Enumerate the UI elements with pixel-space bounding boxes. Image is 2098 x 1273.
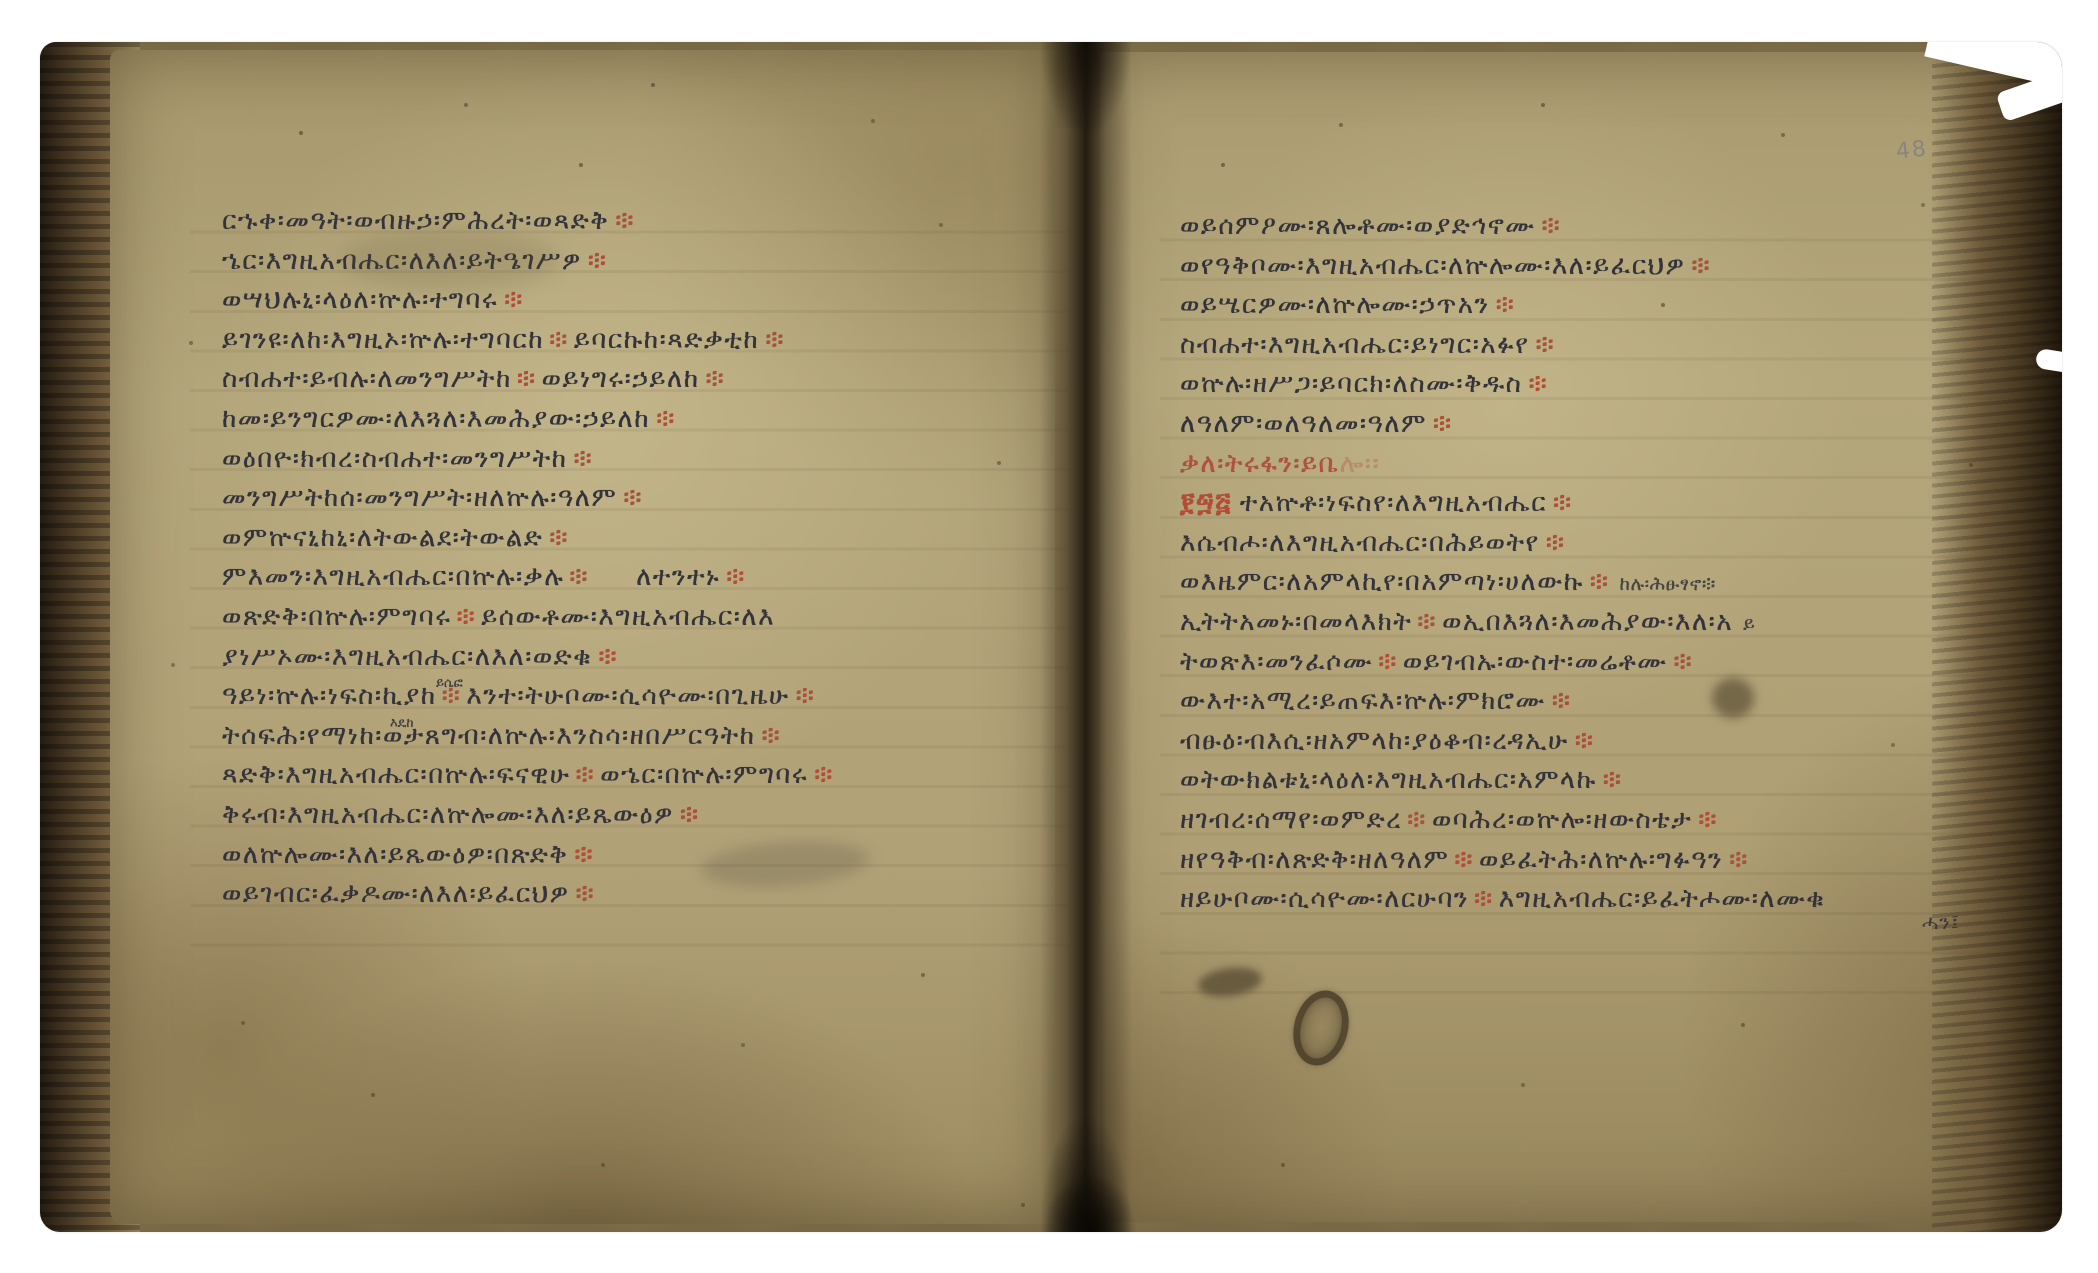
line-text: ወሣህሉኒ፡ላዕለ፡ኵሉ፡ተግባሩ <box>222 285 498 315</box>
red-end-mark: ፨ <box>1553 488 1573 518</box>
text-line: ወምኵናኒከኒ፡ለትውልደ፡ትውልድ፨ <box>222 519 1092 559</box>
line-text: ወለኵሎሙ፡እለ፡ይጼውዕዎ፡በጽድቅ <box>222 840 568 870</box>
text-line: ወትውክልቱኒ፡ላዕለ፡እግዚአብሔር፡አምላኩ፨ <box>1180 761 2020 801</box>
red-end-mark: ፨ <box>1496 290 1516 320</box>
line-text: ወይፈትሕ፡ለኵሉ፡ግፉዓን <box>1479 845 1723 875</box>
text-line: ወይሤርዎሙ፡ለኵሎሙ፡ኃጥአን፨ <box>1180 286 2020 326</box>
text-line: ወእዜምር፡ለአምላኪየ፡በአምጣነ፡ሀለውኩ፨ከሉ፡ሕፁፃኖ፨ <box>1180 563 2020 603</box>
line-text: ዘገብረ፡ሰማየ፡ወምድረ <box>1180 805 1402 835</box>
text-line: ዓይነ፡ኵሉ፡ነፍስ፡ኪያከ፨እንተ፡ትሁቦሙ፡ሲሳዮሙ፡በጊዜሁ፨ይሴፎ <box>222 677 1092 717</box>
catchword: ሓን፤ <box>1830 910 1960 934</box>
line-text: እግዚአብሔር፡ይፈትሖሙ፡ለሙቁ <box>1499 884 1826 914</box>
text-line: ወሣህሉኒ፡ላዕለ፡ኵሉ፡ተግባሩ፨ <box>222 281 1092 321</box>
text-line: ወኵሉ፡ዘሥጋ፡ይባርክ፡ለስሙ፡ቅዱስ፨ <box>1180 365 2020 405</box>
red-end-mark: ፨ <box>1674 647 1694 677</box>
line-text: ስብሐተ፡እግዚአብሔር፡ይነግር፡አፉየ <box>1180 330 1529 360</box>
line-text: ወኢበእጓለ፡እመሕያው፡እለ፡አ <box>1442 607 1733 637</box>
red-divider-mark: ፨ <box>569 562 589 592</box>
text-line: ጻድቅ፡እግዚአብሔር፡በኵሉ፡ፍናዊሁ፨ወኄር፡በኵሉ፡ምግባሩ፨ <box>222 756 1092 796</box>
red-end-mark: ፨ <box>1552 686 1572 716</box>
marginal-small-text: ይ <box>1743 613 1755 635</box>
text-line: መንግሥትከሰ፡መንግሥት፡ዘለኵሉ፡ዓለም፨ <box>222 479 1092 519</box>
red-divider-mark: ፨ <box>549 325 569 355</box>
red-divider-mark: ፨ <box>1378 647 1398 677</box>
line-text: ስብሐተ፡ይብሉ፡ለመንግሥትከ <box>222 364 512 394</box>
red-end-mark: ፨ <box>1590 567 1610 597</box>
text-line: ከመ፡ይንግርዎሙ፡ለእጓለ፡እመሕያው፡ኃይለከ፨ <box>222 400 1092 440</box>
line-text: ትሰፍሕ፡የማነከ፡ወታጸግብ፡ለኵሉ፡እንስሳ፡ዘበሥርዓትከ <box>222 721 755 751</box>
line-text: ጻድቅ፡እግዚአብሔር፡በኵሉ፡ፍናዊሁ <box>222 760 570 790</box>
line-text: ወጽድቅ፡በኵሉ፡ምግባሩ <box>222 602 452 632</box>
red-end-mark: ፨ <box>573 444 593 474</box>
right-page-text: ወይሰምዖሙ፡ጸሎቶሙ፡ወያድኅኖሙ፨ወየዓቅቦሙ፡እግዚአብሔር፡ለኵሎሙ፡እ… <box>1180 207 2020 920</box>
text-line: ዘየዓቅብ፡ለጽድቅ፡ዘለዓለም፨ወይፈትሕ፡ለኵሉ፡ግፉዓን፨ <box>1180 841 2020 881</box>
line-text: ተአኵቶ፡ነፍስየ፡ለእግዚአብሔር <box>1240 488 1547 518</box>
line-text: ወትውክልቱኒ፡ላዕለ፡እግዚአብሔር፡አምላኩ <box>1180 765 1597 795</box>
red-end-mark: ፨ <box>1575 726 1595 756</box>
text-line: ወይገብር፡ፈቃዶሙ፡ለእለ፡ይፈርህዎ፨ <box>222 875 1092 915</box>
line-text: ቅሩብ፡እግዚአብሔር፡ለኵሎሙ፡እለ፡ይጼውዕዎ <box>222 800 674 830</box>
text-line: ስብሐተ፡እግዚአብሔር፡ይነግር፡አፉየ፨ <box>1180 326 2020 366</box>
red-divider-mark: ፨ <box>1454 845 1474 875</box>
line-text: ያነሥኦሙ፡እግዚአብሔር፡ለእለ፡ወድቁ <box>222 642 592 672</box>
red-end-mark: ፨ <box>598 642 618 672</box>
text-line: ፻፵፭ተአኵቶ፡ነፍስየ፡ለእግዚአብሔር፨ <box>1180 484 2020 524</box>
line-text: ወይሤርዎሙ፡ለኵሎሙ፡ኃጥአን <box>1180 290 1490 320</box>
line-text: ወኵሉ፡ዘሥጋ፡ይባርክ፡ለስሙ፡ቅዱስ <box>1180 369 1522 399</box>
text-line: ምእመን፡እግዚአብሔር፡በኵሉ፡ቃሉ፨ ለተንተኑ፨ <box>222 558 1092 598</box>
text-line: ቅሩብ፡እግዚአብሔር፡ለኵሎሙ፡እለ፡ይጼውዕዎ፨ <box>222 796 1092 836</box>
text-line: ብፁዕ፡ብእሲ፡ዘአምላከ፡ያዕቆብ፡ረዳኢሁ፨ <box>1180 722 2020 762</box>
line-text: ትወጽእ፡መንፈሶሙ <box>1180 647 1373 677</box>
line-text: ርኁቀ፡መዓት፡ወብዙኃ፡ምሕረት፡ወጻድቅ <box>222 206 609 236</box>
text-line: ስብሐተ፡ይብሉ፡ለመንግሥትከ፨ወይነግሩ፡ኃይለከ፨ <box>222 360 1092 400</box>
text-line: ወዕበዮ፡ክብረ፡ስብሐተ፡መንግሥትከ፨ <box>222 440 1092 480</box>
line-text: ወባሕረ፡ወኵሎ፡ዘውስቴታ <box>1432 805 1692 835</box>
line-text: ወዕበዮ፡ክብረ፡ስብሐተ፡መንግሥትከ <box>222 444 567 474</box>
red-end-mark: ፨ <box>1546 528 1566 558</box>
ink-specks <box>40 42 42 44</box>
text-line: ውእተ፡አሚረ፡ይጠፍእ፡ኵሉ፡ምክሮሙ፨ <box>1180 682 2020 722</box>
line-text: ወይገብኡ፡ውስተ፡መሬቶሙ <box>1403 647 1668 677</box>
line-text: ወይገብር፡ፈቃዶሙ፡ለእለ፡ይፈርህዎ <box>222 879 570 909</box>
line-text: ኄር፡እግዚአብሔር፡ለእለ፡ይትዔገሥዎ <box>222 246 582 276</box>
text-line: ዘገብረ፡ሰማየ፡ወምድረ፨ወባሕረ፡ወኵሎ፡ዘውስቴታ፨ <box>1180 801 2020 841</box>
red-divider-mark: ፨ <box>457 602 477 632</box>
text-line: ወይሰምዖሙ፡ጸሎቶሙ፡ወያድኅኖሙ፨ <box>1180 207 2020 247</box>
line-text: ለዓለም፡ወለዓለመ፡ዓለም <box>1180 409 1427 439</box>
line-text: ወይነግሩ፡ኃይለከ <box>542 364 700 394</box>
line-text: እሴብሖ፡ለእግዚአብሔር፡በሕይወትየ <box>1180 528 1540 558</box>
red-end-mark: ፨ <box>615 206 635 236</box>
line-text: እንተ፡ትሁቦሙ፡ሲሳዮሙ፡በጊዜሁ <box>466 681 789 711</box>
red-end-mark: ፨ <box>1535 330 1555 360</box>
red-end-mark: ፨ <box>1603 765 1623 795</box>
red-end-mark: ፨ <box>761 721 781 751</box>
red-end-mark: ፨ <box>656 404 676 434</box>
text-line: ወጽድቅ፡በኵሉ፡ምግባሩ፨ይሰውቶሙ፡እግዚአብሔር፡ለእ <box>222 598 1092 638</box>
line-text: ኢትትአመኑ፡በመላእክት <box>1180 607 1412 637</box>
text-line: ያነሥኦሙ፡እግዚአብሔር፡ለእለ፡ወድቁ፨ <box>222 638 1092 678</box>
line-text: ወእዜምር፡ለአምላኪየ፡በአምጣነ፡ሀለውኩ <box>1180 567 1584 597</box>
red-end-mark: ፨ <box>765 325 785 355</box>
text-line: ትወጽእ፡መንፈሶሙ፨ወይገብኡ፡ውስተ፡መሬቶሙ፨ <box>1180 643 2020 683</box>
text-line: ቃለ፡ትሩፋን፡ይቤሎ፡፡ <box>1180 445 2020 485</box>
text-line: ወየዓቅቦሙ፡እግዚአብሔር፡ለኵሎሙ፡እለ፡ይፈርህዎ፨ <box>1180 247 2020 287</box>
red-end-mark: ፨ <box>1542 211 1562 241</box>
text-line: ወለኵሎሙ፡እለ፡ይጼውዕዎ፡በጽድቅ፨ <box>222 836 1092 876</box>
line-text: ለተንተኑ <box>594 562 720 592</box>
red-divider-mark: ፨ <box>1474 884 1494 914</box>
red-divider-mark: ፨ <box>517 364 537 394</box>
text-line: ርኁቀ፡መዓት፡ወብዙኃ፡ምሕረት፡ወጻድቅ፨ <box>222 202 1092 242</box>
line-text: ዘየዓቅብ፡ለጽድቅ፡ዘለዓለም <box>1180 845 1449 875</box>
text-line: ኄር፡እግዚአብሔር፡ለእለ፡ይትዔገሥዎ፨ <box>222 242 1092 282</box>
red-divider-mark: ፨ <box>575 760 595 790</box>
red-divider-mark: ፨ <box>1407 805 1427 835</box>
red-end-mark: ፨ <box>814 760 834 790</box>
red-end-mark: ፨ <box>504 285 524 315</box>
line-text: ወይሰምዖሙ፡ጸሎቶሙ፡ወያድኅኖሙ <box>1180 211 1536 241</box>
line-text: ምእመን፡እግዚአብሔር፡በኵሉ፡ቃሉ <box>222 562 564 592</box>
red-end-mark: ፨ <box>1691 251 1711 281</box>
red-end-mark: ፨ <box>1698 805 1718 835</box>
text-line: እሴብሖ፡ለእግዚአብሔር፡በሕይወትየ፨ <box>1180 524 2020 564</box>
left-page-text: ርኁቀ፡መዓት፡ወብዙኃ፡ምሕረት፡ወጻድቅ፨ኄር፡እግዚአብሔር፡ለእለ፡ይት… <box>222 202 1092 915</box>
red-divider-mark: ፨ <box>1417 607 1437 637</box>
text-line: ለዓለም፡ወለዓለመ፡ዓለም፨ <box>1180 405 2020 445</box>
red-end-mark: ፨ <box>1729 845 1749 875</box>
line-text: ውእተ፡አሚረ፡ይጠፍእ፡ኵሉ፡ምክሮሙ <box>1180 686 1546 716</box>
red-end-mark: ፨ <box>680 800 700 830</box>
line-text: ይባርኩከ፡ጻድቃቲከ <box>574 325 759 355</box>
line-text: ወምኵናኒከኒ፡ለትውልደ፡ትውልድ <box>222 523 543 553</box>
marginal-small-text: ከሉ፡ሕፁፃኖ፨ <box>1620 573 1716 595</box>
line-text: ብፁዕ፡ብእሲ፡ዘአምላከ፡ያዕቆብ፡ረዳኢሁ <box>1180 726 1569 756</box>
red-end-mark: ፨ <box>796 681 816 711</box>
line-text: ይሰውቶሙ፡እግዚአብሔር፡ለእ <box>481 602 775 632</box>
line-text: ቃለ፡ትሩፋን፡ይቤ <box>1180 449 1340 479</box>
line-text: ወኄር፡በኵሉ፡ምግባሩ <box>600 760 808 790</box>
manuscript-photo: 48 ርኁቀ፡መዓት፡ወብዙኃ፡ምሕረት፡ወጻድቅ፨ኄር፡እግዚአብሔር፡ለእለ… <box>40 42 2062 1232</box>
red-end-mark: ፨ <box>576 879 596 909</box>
red-end-mark: ፨ <box>623 483 643 513</box>
red-end-mark: ፨ <box>1433 409 1453 439</box>
red-end-mark: ፨ <box>574 840 594 870</box>
line-text: መንግሥትከሰ፡መንግሥት፡ዘለኵሉ፡ዓለም <box>222 483 617 513</box>
red-end-mark: ፨ <box>726 562 746 592</box>
text-line: ይገንዩ፡ለከ፡እግዚኦ፡ኵሉ፡ተግባርከ፨ይባርኩከ፡ጻድቃቲከ፨ <box>222 321 1092 361</box>
text-line: ትሰፍሕ፡የማነከ፡ወታጸግብ፡ለኵሉ፡እንስሳ፡ዘበሥርዓትከ፨እዴከ <box>222 717 1092 757</box>
interlinear-correction: ይሴፎ <box>436 664 463 704</box>
folio-number: 48 <box>1895 136 1929 164</box>
red-end-mark: ፨ <box>549 523 569 553</box>
red-end-mark: ፨ <box>588 246 608 276</box>
line-text: ዘይሁቦሙ፡ሲሳዮሙ፡ለርሁባን <box>1180 884 1469 914</box>
line-text: ይገንዩ፡ለከ፡እግዚኦ፡ኵሉ፡ተግባርከ <box>222 325 544 355</box>
red-end-mark: ፨ <box>706 364 726 394</box>
line-text: ወየዓቅቦሙ፡እግዚአብሔር፡ለኵሎሙ፡እለ፡ይፈርህዎ <box>1180 251 1685 281</box>
interlinear-correction: እዴከ <box>390 704 414 744</box>
line-text: ከመ፡ይንግርዎሙ፡ለእጓለ፡እመሕያው፡ኃይለከ <box>222 404 650 434</box>
text-line: ኢትትአመኑ፡በመላእክት፨ወኢበእጓለ፡እመሕያው፡እለ፡አይ <box>1180 603 2020 643</box>
spine-tail-shadow <box>1038 1134 1142 1232</box>
faded-rubric-text: ሎ፡፡ <box>1340 449 1380 479</box>
red-end-mark: ፨ <box>1528 369 1548 399</box>
psalm-number: ፻፵፭ <box>1180 488 1232 518</box>
